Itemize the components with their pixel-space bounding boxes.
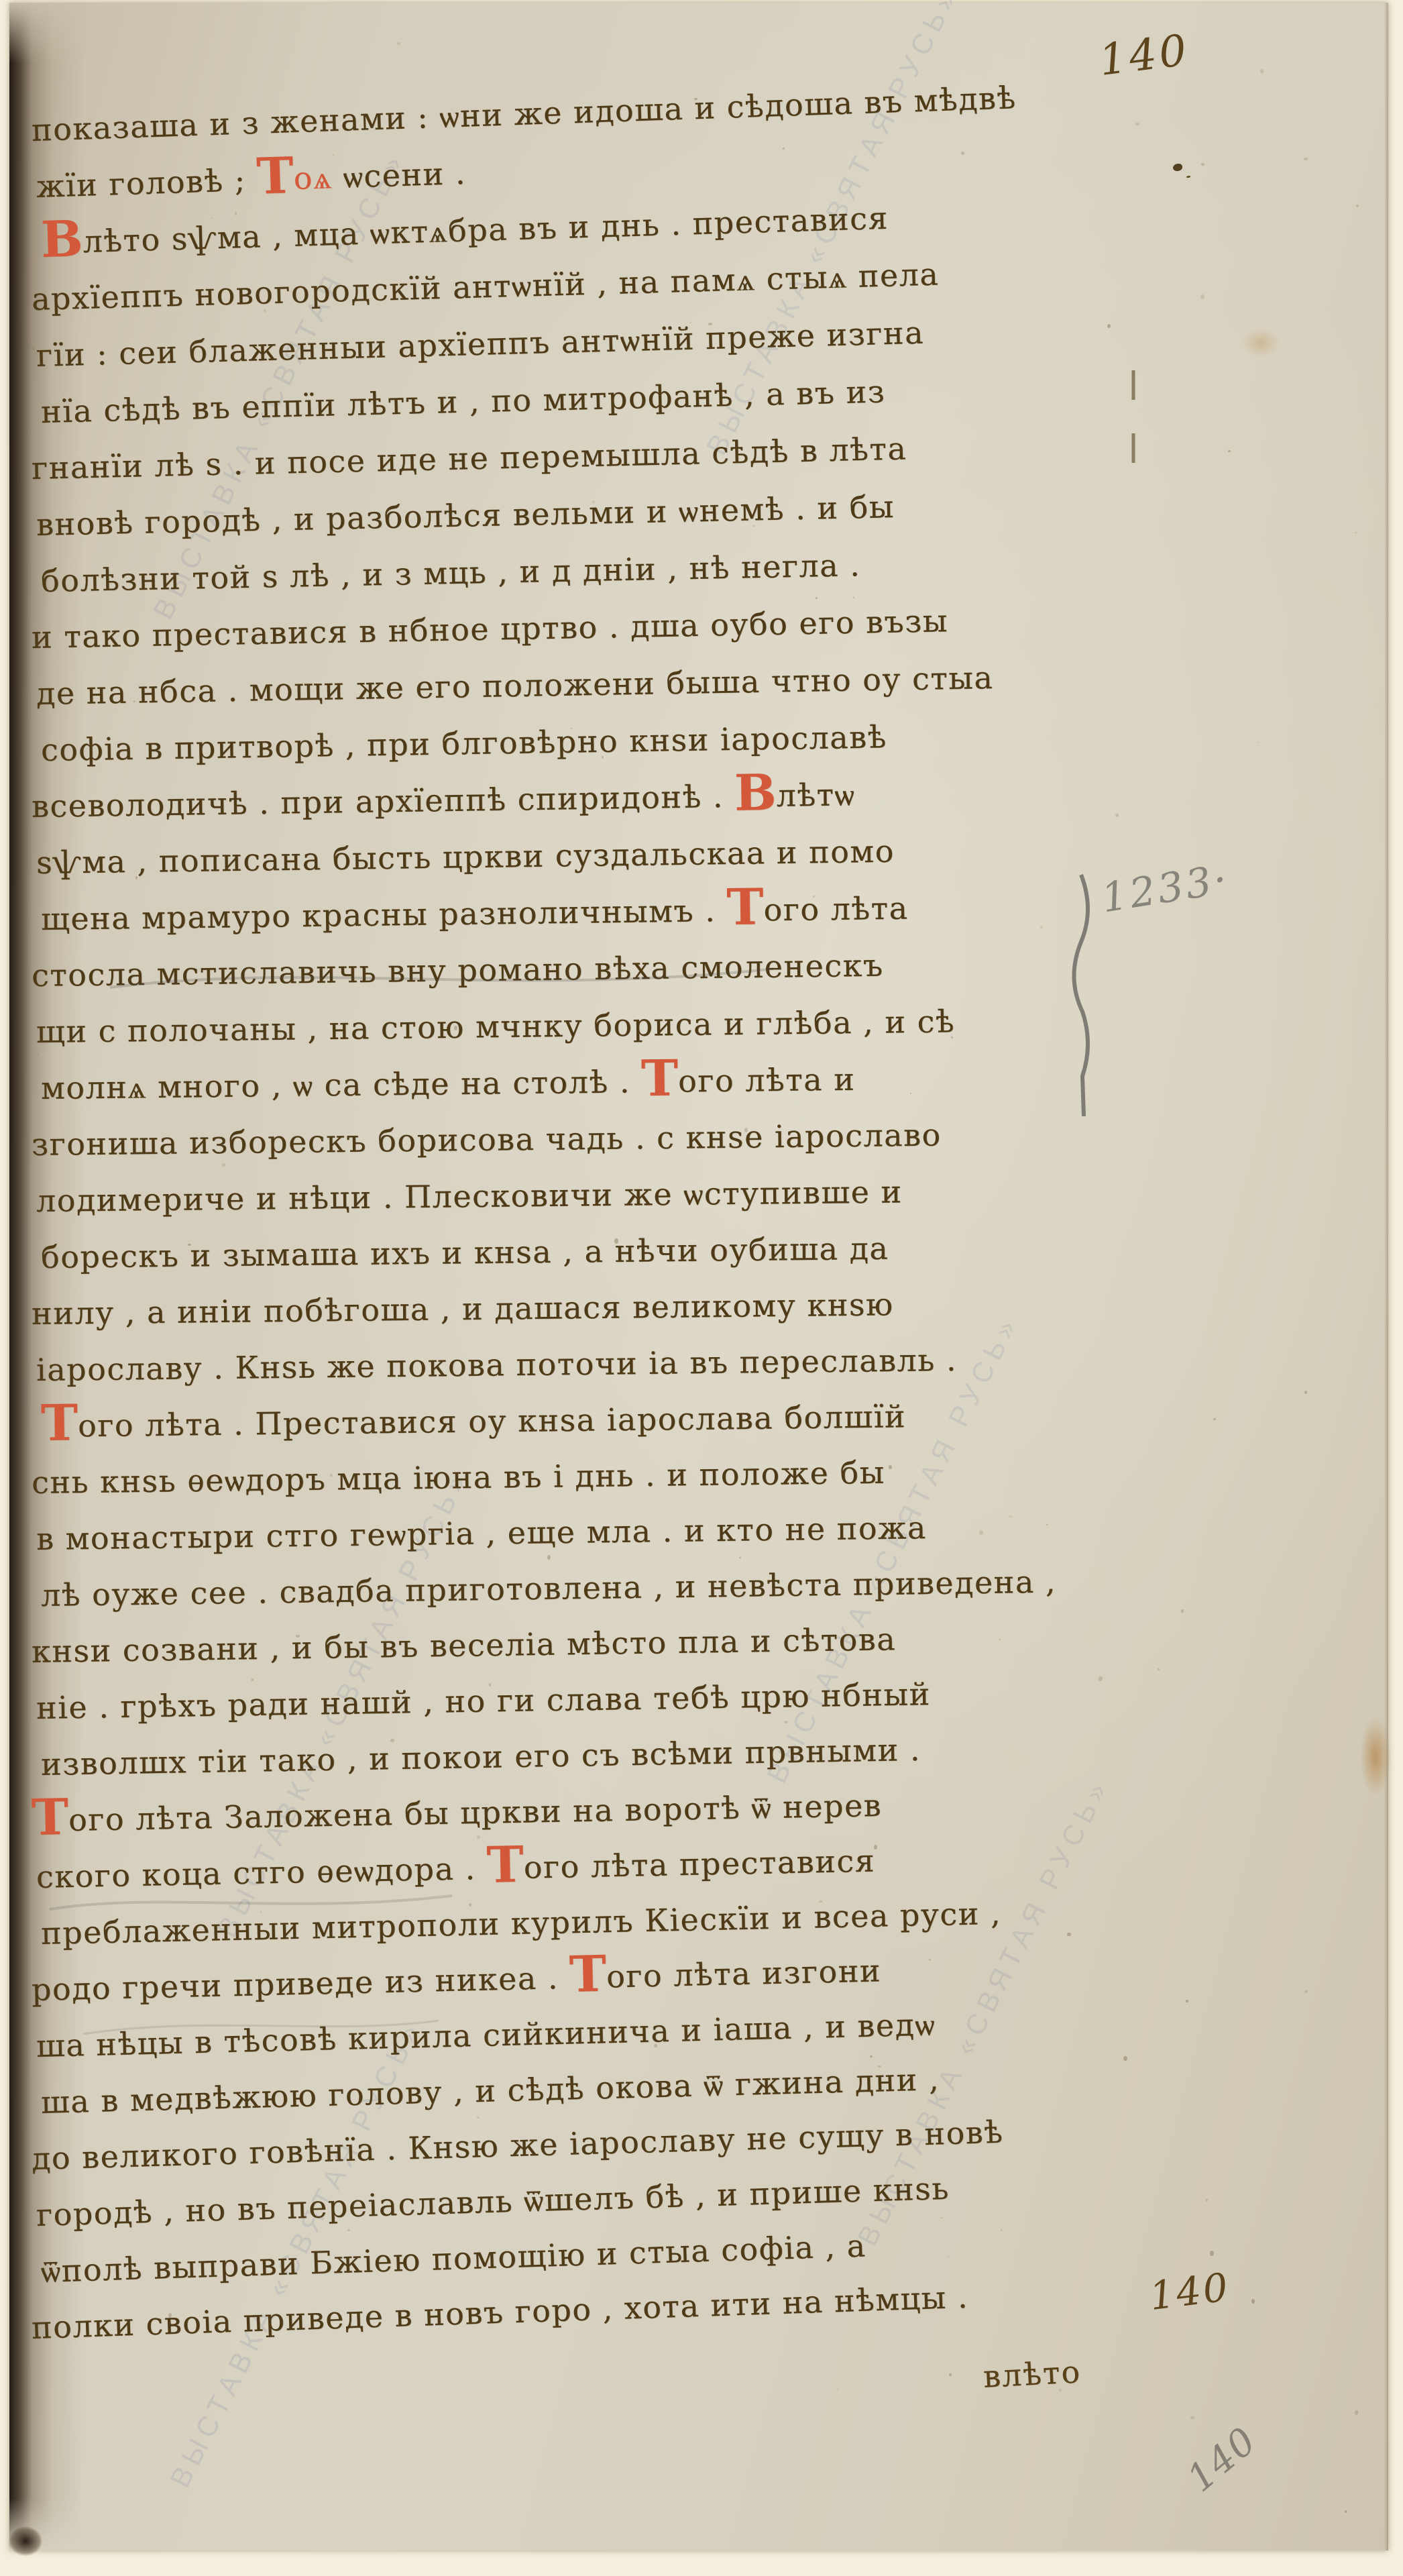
ink-text: ого лѣта bbox=[763, 890, 909, 928]
ink-text: кнѕи созвани , и бы въ веселіа мѣсто пла… bbox=[32, 1621, 897, 1670]
rubric-text: В bbox=[40, 210, 84, 269]
ink-text: стосла мстиславичь вну романо вѣха смоле… bbox=[32, 947, 884, 994]
small-stain bbox=[1242, 329, 1280, 357]
bottom-corner-stain bbox=[3, 2461, 117, 2561]
ink-text: в монастыри стго геѡргіа , еще мла . и к… bbox=[36, 1509, 927, 1557]
edge-stain bbox=[1360, 1717, 1391, 1796]
ink-text: ого лѣта Заложена бы цркви на воротѣ ѿ н… bbox=[68, 1787, 883, 1838]
ink-text: борескъ и зымаша ихъ и кнѕа , а нѣчи оуб… bbox=[41, 1230, 889, 1275]
rubric-text: Т bbox=[726, 878, 764, 936]
paper-speck bbox=[1181, 1609, 1184, 1612]
ink-text: вновѣ городѣ , и разболѣся вельми и ѡнем… bbox=[36, 488, 895, 543]
ink-text: згониша изборескъ борисова чадь . с кнѕе… bbox=[32, 1117, 942, 1163]
ink-text: де на нбса . мощи же его положени быша ч… bbox=[36, 659, 994, 712]
ink-text: изволшх тіи тако , и покои его съ всѣми … bbox=[41, 1731, 921, 1782]
ink-text: жїи головѣ ; bbox=[36, 162, 257, 205]
ink-text: нїа сѣдѣ въ еппїи лѣтъ и , по митрофанѣ … bbox=[40, 373, 885, 430]
manuscript-scan: { "page": { "folio_top": "140", "folio_b… bbox=[0, 0, 1403, 2576]
ink-text: молнѧ много , ѡ са сѣде на столѣ . bbox=[41, 1063, 642, 1106]
paper-speck bbox=[1186, 2000, 1188, 2003]
rubric-text: Т bbox=[641, 1050, 679, 1108]
paper-speck bbox=[1213, 1418, 1216, 1420]
ink-text: ѕѱма , пописана бысть цркви суздальскаа … bbox=[36, 833, 895, 881]
ink-text: ого лѣта . Преставися оу кнѕа іарослава … bbox=[78, 1398, 907, 1444]
paper-speck bbox=[397, 42, 400, 45]
ink-text: нилу , а иніи побѣгоша , и дашася велико… bbox=[32, 1286, 894, 1332]
ink-text: ого лѣта преставися bbox=[523, 1843, 875, 1886]
paper-speck bbox=[1304, 158, 1308, 160]
ink-text: снь кнѕь ѳеѡдоръ мца іюна въ і днь . и п… bbox=[32, 1454, 885, 1501]
paper-speck bbox=[837, 2389, 838, 2390]
rubric-text: Т bbox=[486, 1836, 524, 1894]
catchword: влѣто bbox=[983, 2353, 1082, 2395]
ink-text: ніе . грѣхъ ради нашй , но ги слава тебѣ… bbox=[36, 1676, 932, 1726]
ink-text: ого лѣта изгони bbox=[606, 1952, 881, 1994]
ink-text: лѣ оуже сее . свадба приготовлена , и не… bbox=[41, 1564, 1057, 1613]
rubric-text: В bbox=[734, 764, 777, 822]
paper-speck bbox=[1228, 450, 1231, 452]
paper-speck bbox=[1251, 2299, 1255, 2303]
ink-text: щи с полочаны , на стою мчнку бориса и г… bbox=[36, 1003, 956, 1050]
paper-speck bbox=[1210, 2251, 1214, 2256]
ink-text: ѡсени . bbox=[332, 155, 467, 195]
paper-speck bbox=[1258, 742, 1259, 743]
rubric-text: Т bbox=[569, 1945, 607, 2004]
paper-speck bbox=[32, 347, 36, 350]
ink-text: болѣзни той ѕ лѣ , и з мць , и д дніи , … bbox=[40, 547, 860, 599]
rubric-text: Т bbox=[256, 147, 294, 206]
ink-blot bbox=[1173, 164, 1182, 171]
paper-speck bbox=[1356, 205, 1359, 207]
ink-text: гнанїи лѣ ѕ . и посе иде не перемышла сѣ… bbox=[31, 430, 907, 486]
ink-text: гїи : сеи блаженныи архїеппъ антѡнїй пре… bbox=[36, 315, 924, 374]
paper-speck bbox=[1201, 163, 1204, 166]
paper-speck bbox=[1345, 2510, 1347, 2513]
ink-text: всеволодичѣ . при архїеппѣ спиридонѣ . bbox=[32, 778, 735, 824]
ink-text: іарославу . Кнѕь же покова поточи іа въ … bbox=[36, 1342, 958, 1388]
folio-number-top: 140 bbox=[1097, 25, 1192, 86]
rubric-text: Т bbox=[40, 1394, 78, 1452]
ink-text: щена мрамуро красны разноличнымъ . bbox=[41, 892, 727, 937]
ink-text: лѣтѡ bbox=[776, 776, 855, 814]
paper-speck bbox=[1200, 294, 1204, 299]
text-block: показаша и з женами : ѡни же идоша и сѣд… bbox=[36, 102, 1163, 2356]
paper-speck bbox=[1355, 532, 1357, 533]
paper-speck bbox=[1304, 1990, 1308, 1993]
paper-speck bbox=[1206, 2199, 1208, 2202]
ink-text: и тако преставися в нбное цртво . дша оу… bbox=[32, 602, 949, 655]
ink-text: лодимериче и нѣци . Плесковичи же ѡступи… bbox=[36, 1173, 903, 1219]
manuscript-page: ВЫСТАВКА «СВЯТАЯ РУСЬ» ВЫСТАВКА «СВЯТАЯ … bbox=[9, 3, 1388, 2551]
ink-text: ского коца стго ѳеѡдора . bbox=[36, 1850, 487, 1895]
folio-number-bottom-pencil: 140 bbox=[1179, 2418, 1265, 2500]
paper-speck bbox=[1355, 2410, 1358, 2415]
rubric-text: Т bbox=[31, 1788, 69, 1847]
page-fore-edge bbox=[1384, 3, 1388, 2551]
paper-speck bbox=[1260, 69, 1264, 73]
paper-speck bbox=[949, 2373, 952, 2376]
paper-speck bbox=[32, 2113, 33, 2115]
ink-text: родо гречи приведе из никеа . bbox=[31, 1960, 569, 2008]
ink-text: ого лѣта и bbox=[678, 1061, 856, 1099]
rubric-text: оѧ bbox=[293, 159, 333, 197]
ink-text: софіа в притворѣ , при блговѣрно кнѕи іа… bbox=[41, 718, 888, 768]
folio-number-bottom-ink: 140 bbox=[1147, 2264, 1232, 2319]
paper-speck bbox=[1190, 2416, 1194, 2419]
paper-speck bbox=[1304, 1391, 1308, 1394]
